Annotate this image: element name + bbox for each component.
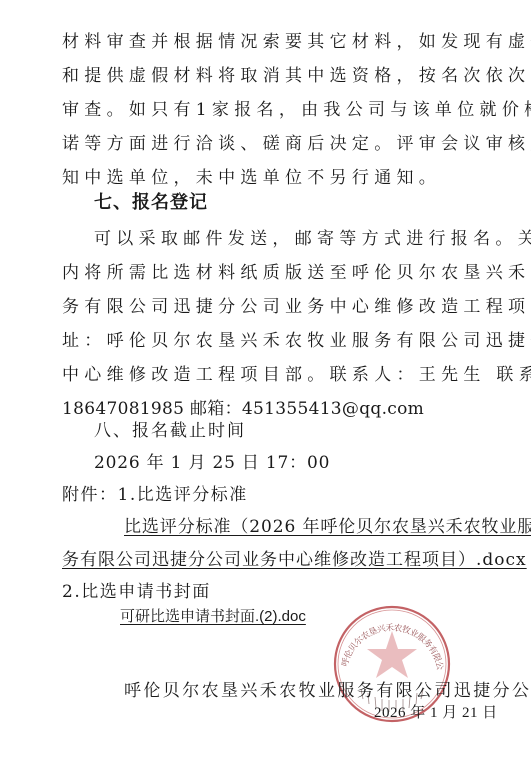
paragraph-line: 内将所需比选材料纸质版送至呼伦贝尔农垦兴禾农牧业服 xyxy=(62,262,472,284)
signature-company: 呼伦贝尔农垦兴禾农牧业服务有限公司迅捷分公司 xyxy=(124,676,531,701)
attachment-link-1[interactable]: 比选评分标准（2026 年呼伦贝尔农垦兴禾农牧业服 xyxy=(124,516,502,538)
attachment-link-1-cont[interactable]: 务有限公司迅捷分公司业务中心维修改造工程项目）.docx xyxy=(62,549,472,571)
paragraph-line: 诺等方面进行洽谈、磋商后决定。评审会议审核后将电话通 xyxy=(62,133,472,155)
section-heading-7: 七、报名登记 xyxy=(94,192,472,214)
attachments-label: 附件：1.比选评分标准 xyxy=(62,484,472,506)
paragraph-line: 审查。如只有1家报名，由我公司与该单位就价格、服务承 xyxy=(62,99,472,121)
paragraph-line: 务有限公司迅捷分公司业务中心维修改造工程项目报名地 xyxy=(62,296,472,318)
signature-date: 2026 年 1 月 21 日 xyxy=(374,701,498,722)
deadline-text: 2026 年 1 月 25 日 17：00 xyxy=(94,452,472,474)
contact-line: 18647081985 邮箱：451355413@qq.com xyxy=(62,398,472,420)
paragraph-line: 知中选单位，未中选单位不另行通知。 xyxy=(62,167,472,189)
paragraph-line: 材料审查并根据情况索要其它材料，如发现有虚假汇报信息 xyxy=(62,31,472,53)
section-heading-8: 八、报名截止时间 xyxy=(94,420,472,442)
attachment-link-2[interactable]: 可研比选申请书封面.(2).doc xyxy=(120,605,306,626)
paragraph-line: 址：呼伦贝尔农垦兴禾农牧业服务有限公司迅捷分公司业务 xyxy=(62,330,472,352)
paragraph-line: 中心维修改造工程项目部。联系人：王先生 联系电话： xyxy=(62,364,472,386)
paragraph-line: 可以采取邮件发送，邮寄等方式进行报名。关于公告期 xyxy=(94,228,472,250)
attachment-item-2-label: 2.比选申请书封面 xyxy=(62,581,472,603)
paragraph-line: 和提供虚假材料将取消其中选资格，按名次依次递补入选并 xyxy=(62,65,472,87)
document-page: 材料审查并根据情况索要其它材料，如发现有虚假汇报信息 和提供虚假材料将取消其中选… xyxy=(0,0,531,765)
